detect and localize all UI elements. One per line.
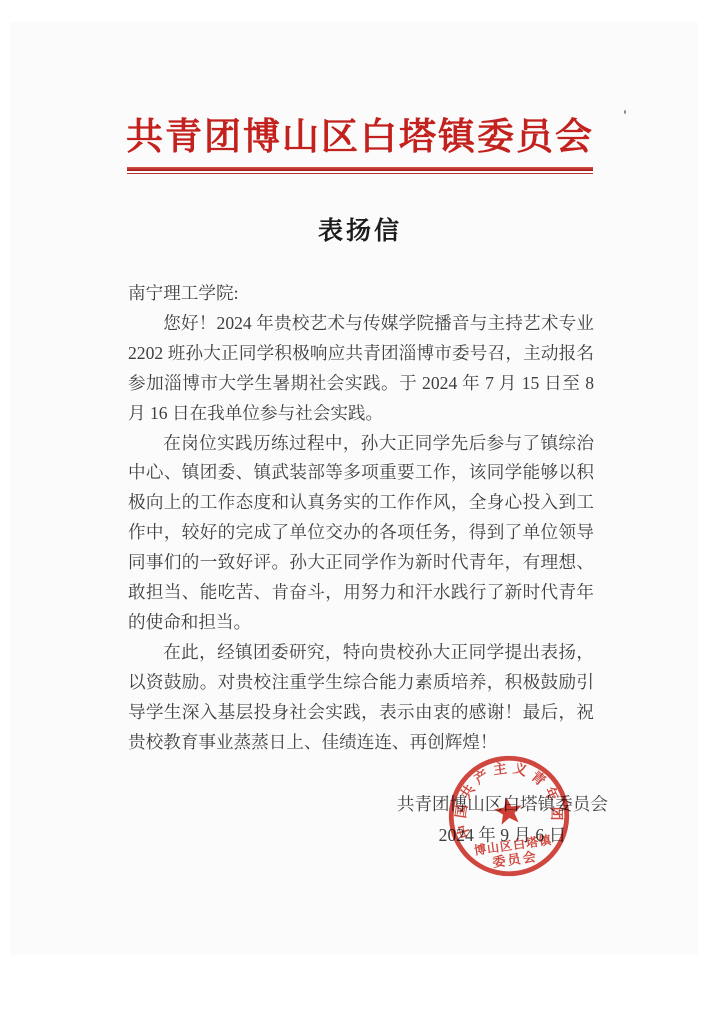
scan-speck [624,110,626,114]
seal-graphic: 中国共产主义青年团 博山区白塔镇 委员会 [446,753,572,879]
star-icon [493,795,524,825]
letter-body: 南宁理工学院: 您好！2024 年贵校艺术与传媒学院播音与主持艺术专业 2202… [128,279,594,758]
official-seal: 中国共产主义青年团 博山区白塔镇 委员会 [446,753,572,879]
letter-title: 表扬信 [0,211,720,247]
letterhead-rule [127,167,593,174]
letter-page: 共青团博山区白塔镇委员会 表扬信 南宁理工学院: 您好！2024 年贵校艺术与传… [0,0,720,1018]
letterhead-rule-thick [127,167,593,171]
recipient-greeting: 南宁理工学院: [128,279,594,309]
paragraph-commendation: 在此，经镇团委研究，特向贵校孙大正同学提出表扬，以资鼓励。对贵校注重学生综合能力… [128,638,594,758]
seal-ring-text: 中国共产主义青年团 [446,753,568,841]
letterhead-org-title: 共青团博山区白塔镇委员会 [0,106,720,160]
letterhead-rule-thin [127,173,593,174]
paragraph-performance: 在岗位实践历练过程中，孙大正同学先后参与了镇综治中心、镇团委、镇武装部等多项重要… [128,429,594,638]
paragraph-intro: 您好！2024 年贵校艺术与传媒学院播音与主持艺术专业 2202 班孙大正同学积… [128,309,594,429]
